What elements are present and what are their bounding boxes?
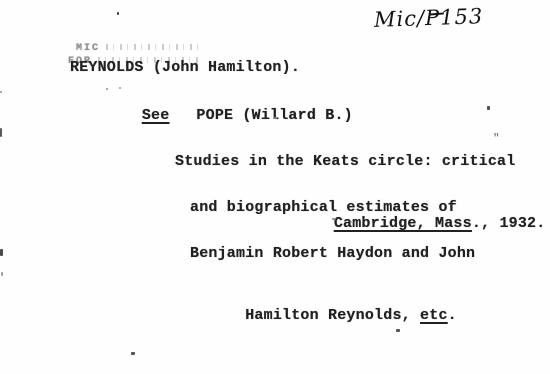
paper-speck xyxy=(131,352,135,355)
paper-speck xyxy=(117,12,119,15)
paper-speck xyxy=(0,128,2,137)
cross-reference-target: POPE (Willard B.) xyxy=(196,107,352,124)
title-line-4-period: . xyxy=(448,307,457,324)
title-line-3: Benjamin Robert Haydon and John xyxy=(190,246,515,261)
heading-author: REYNOLDS (John Hamilton). xyxy=(70,60,300,75)
paper-speck xyxy=(106,88,108,90)
shelfmark-handwritten: Mic/P153 xyxy=(374,4,484,32)
title-line-4: Hamilton Reynolds, etc. xyxy=(190,292,515,338)
ink-ditto-marks: " xyxy=(493,133,501,145)
paper-speck xyxy=(119,87,121,89)
title-line-4-prefix: Hamilton Reynolds, xyxy=(245,307,420,324)
paper-speck xyxy=(350,221,352,223)
see-label: See xyxy=(142,107,170,124)
paper-speck xyxy=(0,249,3,256)
imprint-line: Cambridge, Mass., 1932. xyxy=(297,201,545,247)
imprint-place: Cambridge, Mass xyxy=(334,215,472,232)
title-line-4-etc: etc xyxy=(420,307,448,324)
paper-speck xyxy=(0,91,2,93)
paper-speck xyxy=(332,218,336,220)
paper-speck xyxy=(1,272,3,276)
imprint-year: ., 1932. xyxy=(472,215,546,232)
paper-speck xyxy=(396,329,400,332)
paper-speck xyxy=(273,117,277,119)
paper-speck xyxy=(487,106,490,110)
title-line-1: Studies in the Keats circle: critical xyxy=(175,154,515,169)
catalog-card: Mic/P153 MIC FOR REYNOLDS (John Hamilton… xyxy=(0,0,550,374)
